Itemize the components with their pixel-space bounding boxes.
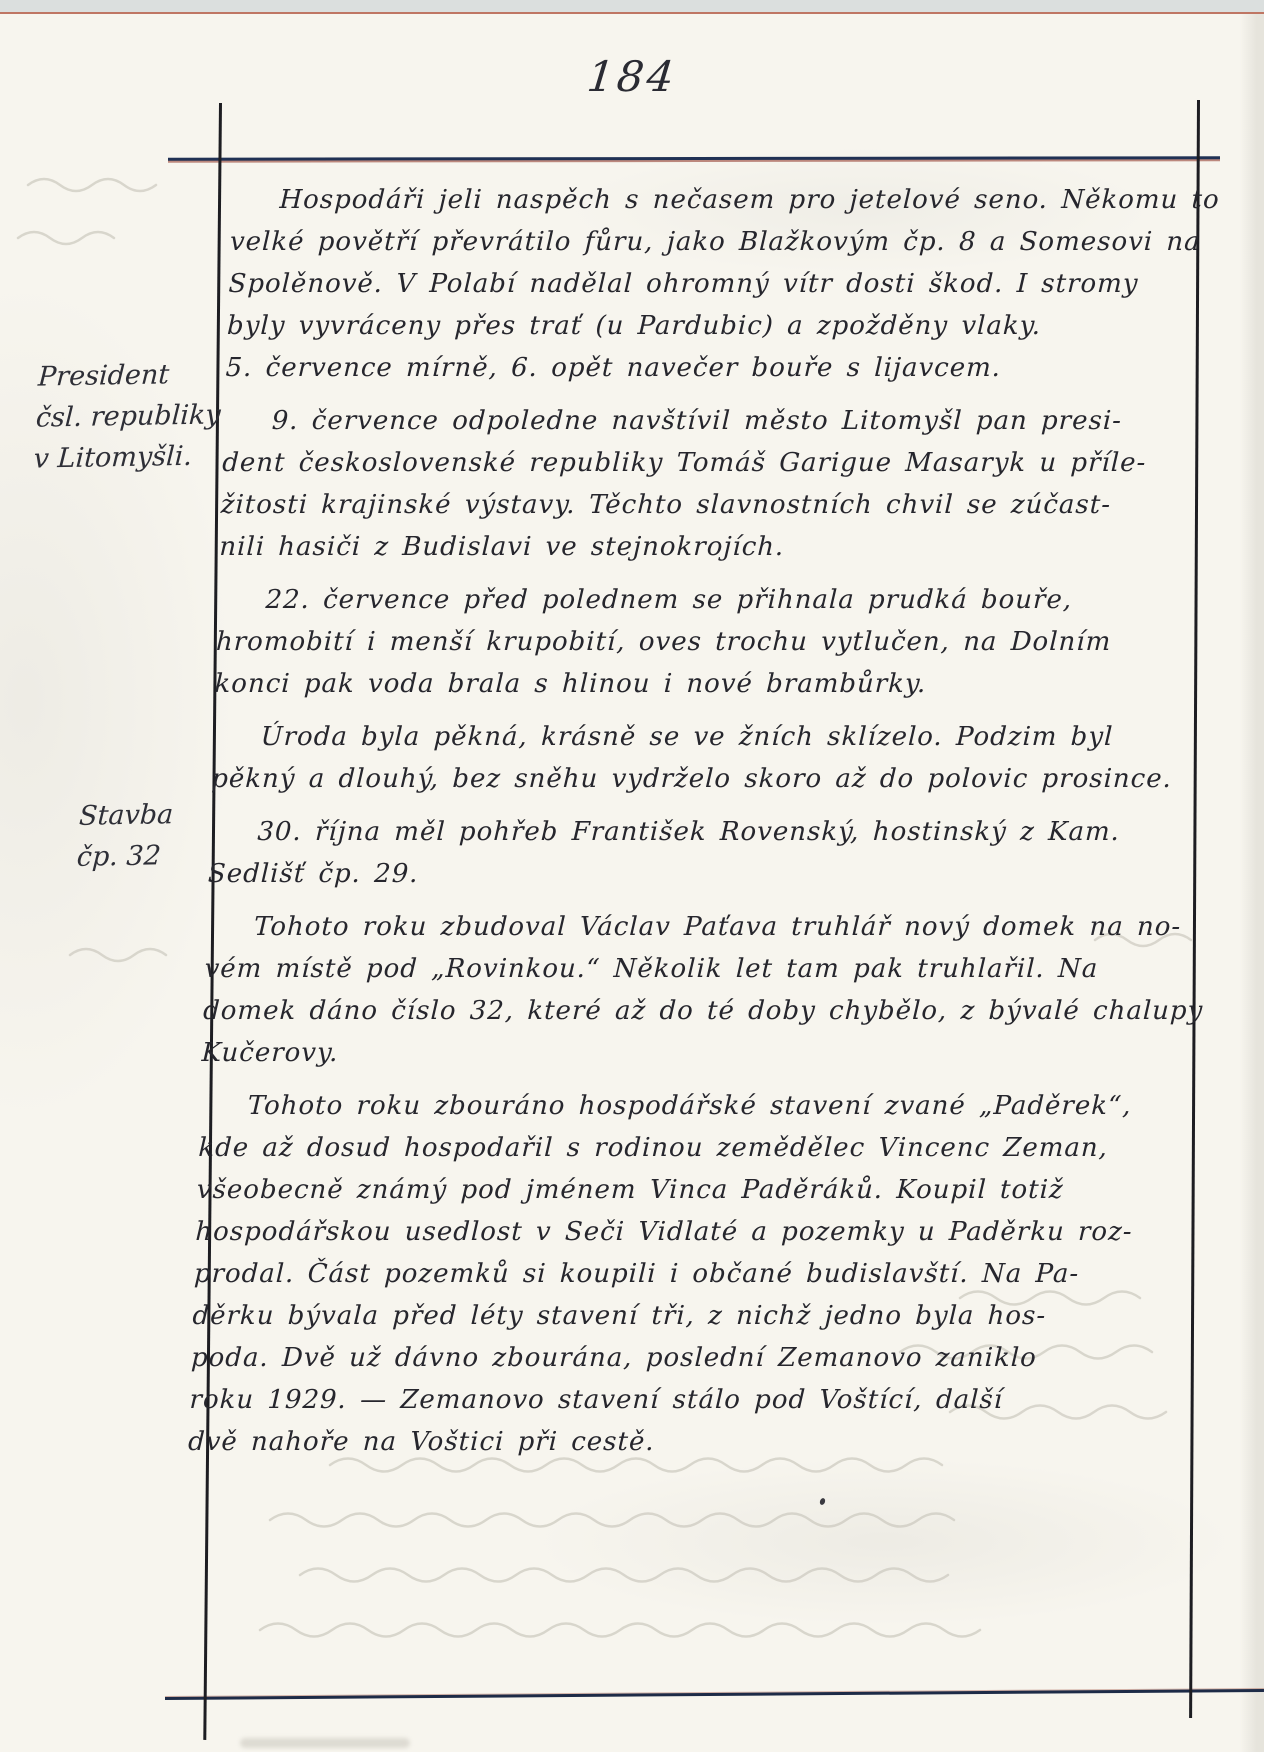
margin-note-line: Stavba	[78, 794, 174, 837]
text-line: 22. července před polednem se přihnala p…	[217, 585, 1186, 627]
text-line: Úroda byla pěkná, krásně se ve žních skl…	[212, 722, 1181, 764]
paragraph-harvest: Úroda byla pěkná, krásně se ve žních skl…	[210, 722, 1181, 806]
text-line: prodal. Část pozemků si koupili i občané…	[193, 1259, 1162, 1301]
margin-note-stavba: Stavba čp. 32	[76, 794, 174, 878]
page-edge-shadow	[1240, 14, 1264, 1752]
paragraph-storm: 22. července před polednem se přihnala p…	[214, 585, 1186, 711]
margin-note-line: čsl. republiky	[35, 394, 222, 438]
paragraph-weather-july: Hospodáři jeli naspěch s nečasem pro jet…	[225, 185, 1200, 395]
margin-note-line: President	[37, 353, 224, 397]
handwritten-body: Hospodáři jeli naspěch s nečasem pro jet…	[187, 185, 1200, 1480]
page-number: 184	[0, 52, 1264, 101]
text-line: Kučerovy.	[201, 1038, 1170, 1080]
ruled-line-top	[168, 156, 1220, 160]
scan-smudge	[240, 1738, 410, 1748]
text-line: dvě nahoře na Voštici při cestě.	[187, 1427, 1156, 1469]
text-line: nili hasiči z Budislavi ve stejnokrojích…	[218, 532, 1187, 574]
text-line: Tohoto roku zbudoval Václav Paťava truhl…	[205, 912, 1174, 954]
text-line: Sedlišť čp. 29.	[207, 859, 1176, 901]
chronicle-page-scan: 184 President čsl. republiky v Litomyšli…	[0, 0, 1264, 1752]
text-line: hospodářskou usedlost v Seči Vidlaté a p…	[194, 1217, 1163, 1259]
text-line: 5. července mírně, 6. opět navečer bouře…	[225, 353, 1194, 395]
text-line: Spolěnově. V Polabí nadělal ohromný vítr…	[228, 269, 1197, 311]
margin-note-line: v Litomyšli.	[33, 435, 220, 479]
ruled-line-bottom	[165, 1689, 1264, 1700]
text-line: roku 1929. — Zemanovo stavení stálo pod …	[189, 1385, 1158, 1427]
margin-note-line: čp. 32	[76, 835, 172, 878]
text-line: kde až dosud hospodařil s rodinou zemědě…	[197, 1133, 1166, 1175]
paragraph-new-house: Tohoto roku zbudoval Václav Paťava truhl…	[201, 912, 1175, 1080]
text-line: byly vyvráceny přes trať (u Pardubic) a …	[226, 311, 1195, 353]
paragraph-president-visit: 9. července odpoledne navštívil město Li…	[218, 406, 1192, 574]
text-line: vém místě pod „Rovinkou.“ Několik let ta…	[204, 954, 1173, 996]
text-line: pěkný a dlouhý, bez sněhu vydrželo skoro…	[210, 764, 1179, 806]
text-line: 9. července odpoledne navštívil město Li…	[223, 406, 1192, 448]
text-line: konci pak voda brala s hlinou i nové bra…	[214, 669, 1183, 711]
ink-dot	[819, 1497, 826, 1505]
text-line: velké povětří převrátilo fůru, jako Blaž…	[229, 227, 1198, 269]
text-line: Hospodáři jeli naspěch s nečasem pro jet…	[231, 185, 1200, 227]
text-line: žitosti krajinské výstavy. Těchto slavno…	[220, 490, 1189, 532]
margin-note-president: President čsl. republiky v Litomyšli.	[33, 353, 224, 479]
scanner-edge-top	[0, 0, 1264, 14]
text-line: děrku bývala před léty stavení tři, z ni…	[192, 1301, 1161, 1343]
text-line: dent československé republiky Tomáš Gari…	[221, 448, 1190, 490]
text-line: hromobití i menší krupobití, oves trochu…	[215, 627, 1184, 669]
text-line: Tohoto roku zbouráno hospodářské stavení…	[199, 1091, 1168, 1133]
paragraph-funeral: 30. října měl pohřeb František Rovenský,…	[207, 817, 1178, 901]
text-line: poda. Dvě už dávno zbourána, poslední Ze…	[190, 1343, 1159, 1385]
text-line: všeobecně známý pod jménem Vinca Paděrák…	[196, 1175, 1165, 1217]
paragraph-paderek-demolition: Tohoto roku zbouráno hospodářské stavení…	[187, 1091, 1168, 1469]
text-line: domek dáno číslo 32, které až do té doby…	[202, 996, 1171, 1038]
text-line: 30. října měl pohřeb František Rovenský,…	[208, 817, 1177, 859]
